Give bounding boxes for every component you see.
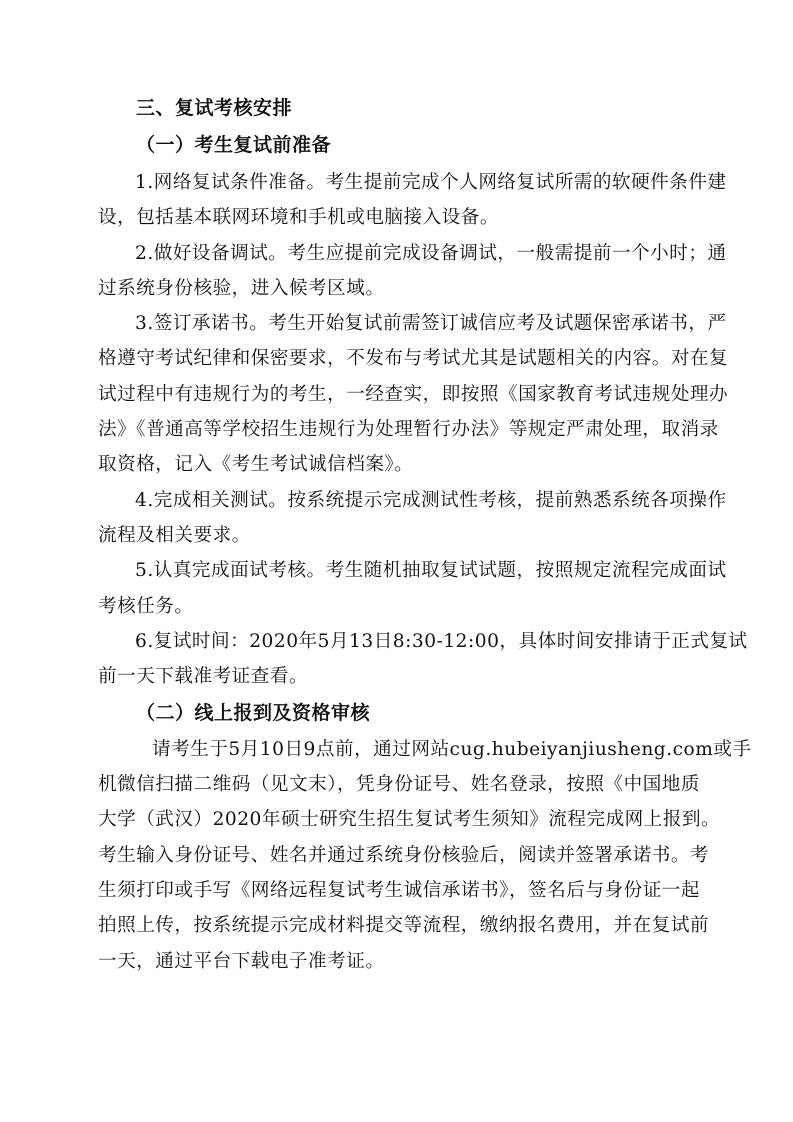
paragraph-line: 2.做好设备调试。考生应提前完成设备调试，一般需提前一个小时；通 (135, 242, 700, 266)
paragraph-line: 大学（武汉）2020年硕士研究生招生复试考生须知》流程完成网上报到。 (98, 808, 700, 832)
paragraph-line: 设，包括基本联网环境和手机或电脑接入设备。 (98, 206, 499, 230)
subsection-heading-2: （二）线上报到及资格审核 (136, 701, 370, 725)
paragraph-line: 生须打印或手写《网络远程复试考生诚信承诺书》，签名后与身份证一起 (98, 879, 700, 903)
paragraph-line: 前一天下载准考证查看。 (98, 665, 308, 689)
paragraph-line: 机微信扫描二维码（见文末），凭身份证号、姓名登录，按照《中国地质 (98, 773, 700, 797)
paragraph-line: 试过程中有违规行为的考生，一经查实，即按照《国家教育考试违规处理办 (98, 383, 700, 407)
paragraph-line: 考核任务。 (98, 595, 193, 619)
paragraph-line: 过系统身份核验，进入候考区域。 (98, 277, 384, 301)
paragraph-line: 6.复试时间：2020年5月13日8:30-12:00，具体时间安排请于正式复试 (135, 630, 700, 654)
paragraph-line: 4.完成相关测试。按系统提示完成测试性考核，提前熟悉系统各项操作 (135, 489, 700, 513)
paragraph-line: 法》《普通高等学校招生违规行为处理暂行办法》等规定严肃处理，取消录 (98, 418, 700, 442)
paragraph-line: 取资格，记入《考生考试诚信档案》。 (98, 453, 413, 477)
paragraph-line: 请考生于5月10日9点前，通过网站cug.hubeiyanjiusheng.co… (152, 738, 700, 762)
paragraph-line: 1.网络复试条件准备。考生提前完成个人网络复试所需的软硬件条件建 (135, 171, 700, 195)
paragraph-line: 考生输入身份证号、姓名并通过系统身份核验后，阅读并签署承诺书。考 (98, 844, 700, 868)
paragraph-line: 一天，通过平台下载电子准考证。 (98, 950, 384, 974)
paragraph-line: 拍照上传，按系统提示完成材料提交等流程，缴纳报名费用，并在复试前 (98, 914, 700, 938)
paragraph-line: 格遵守考试纪律和保密要求，不发布与考试尤其是试题相关的内容。对在复 (98, 347, 700, 371)
subsection-heading-1: （一）考生复试前准备 (136, 133, 331, 157)
section-title: 三、复试考核安排 (136, 96, 292, 120)
paragraph-line: 3.签订承诺书。考生开始复试前需签订诚信应考及试题保密承诺书，严 (135, 312, 700, 336)
paragraph-line: 流程及相关要求。 (98, 524, 251, 548)
paragraph-line: 5.认真完成面试考核。考生随机抽取复试试题，按照规定流程完成面试 (135, 559, 700, 583)
